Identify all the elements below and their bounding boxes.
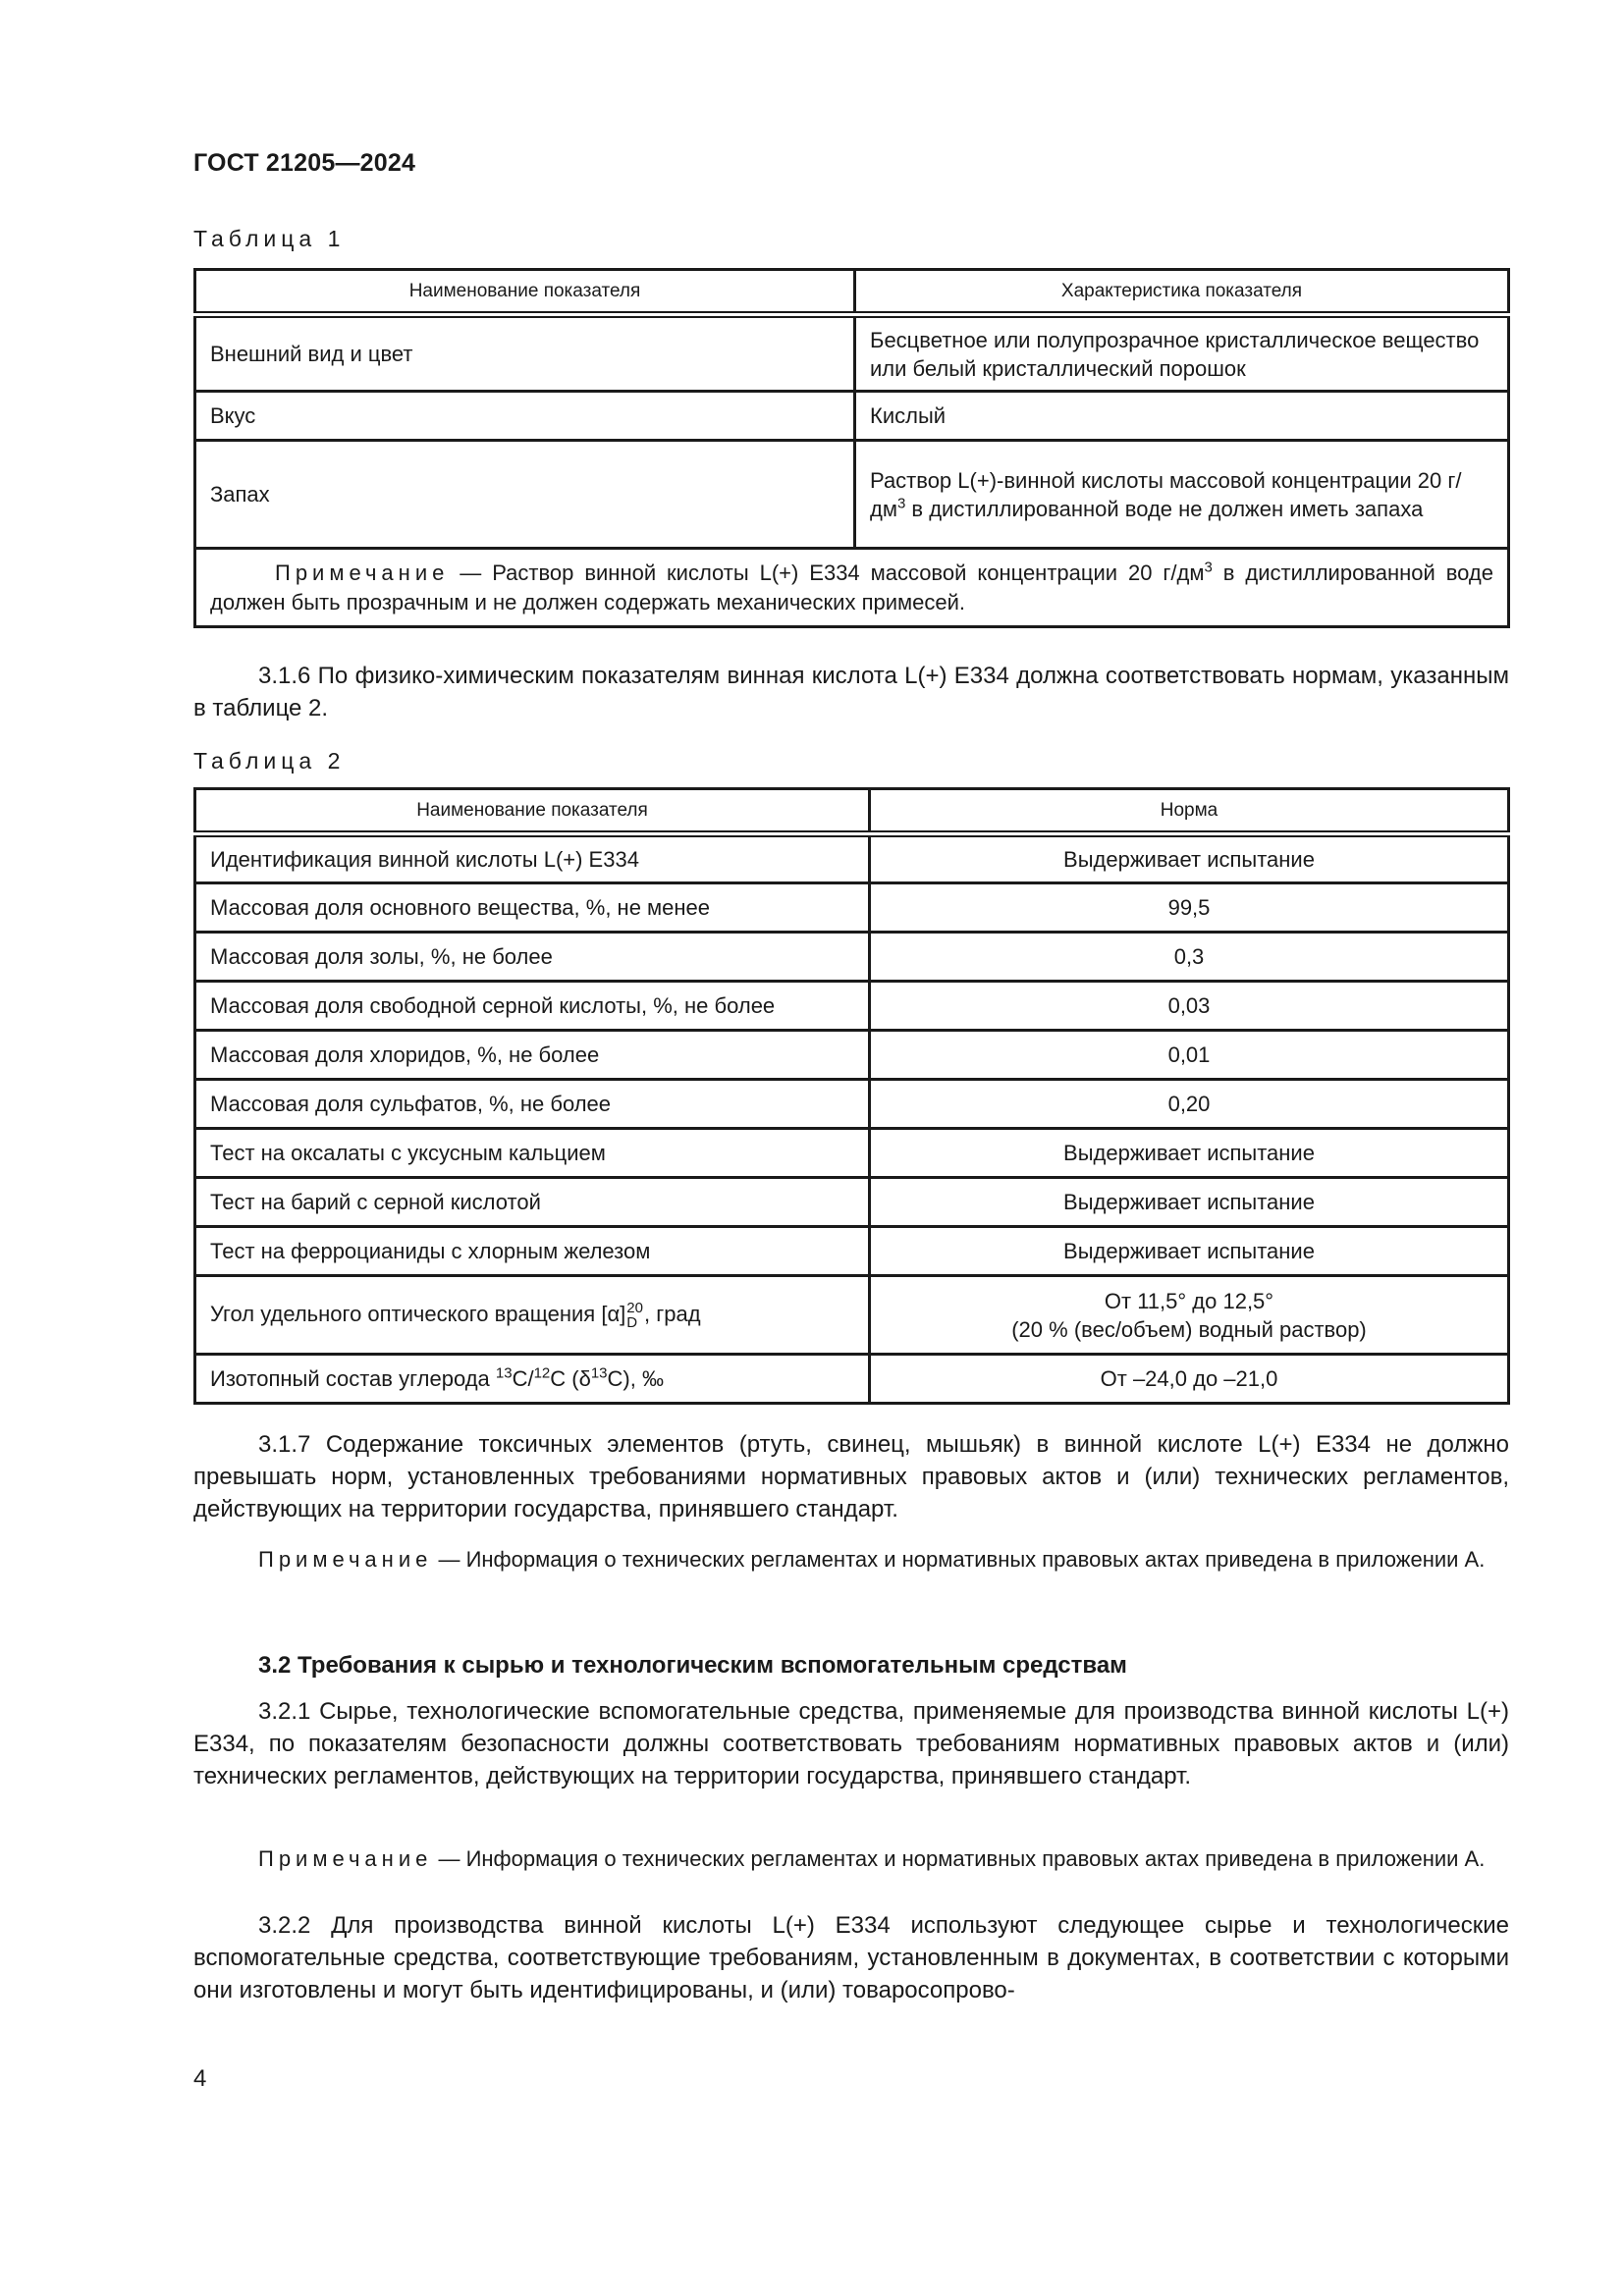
table-cell-name: Вкус: [195, 392, 855, 441]
cell-text: , град: [644, 1302, 701, 1326]
value-line-2: (20 % (вес/объем) водный раствор): [885, 1315, 1493, 1344]
table-2-col-header: Норма: [870, 789, 1509, 834]
superscript: 20: [626, 1301, 643, 1315]
table-1: Наименование показателя Характеристика п…: [193, 268, 1510, 628]
cell-text: С (δ: [550, 1366, 591, 1391]
table-cell-name: Тест на барий с серной кислотой: [195, 1178, 870, 1227]
table-cell-name: Угол удельного оптического вращения [α]2…: [195, 1276, 870, 1355]
table-cell-name: Тест на оксалаты с уксусным кальцием: [195, 1129, 870, 1178]
paragraph-3-2-2: 3.2.2 Для производства винной кислоты L(…: [193, 1909, 1509, 2006]
table-cell-name: Идентификация винной кислоты L(+) Е334: [195, 834, 870, 883]
table-2: Наименование показателя Норма Идентифика…: [193, 787, 1510, 1405]
table-row: Массовая доля сульфатов, %, не более0,20: [195, 1080, 1509, 1129]
note-label: Примечание: [258, 1846, 432, 1871]
paragraph-3-1-6: 3.1.6 По физико-химическим показателям в…: [193, 660, 1509, 724]
paragraph-3-1-7: 3.1.7 Содержание токсичных элементов (рт…: [193, 1428, 1509, 1525]
table-1-caption: Таблица 1: [193, 226, 345, 252]
table-cell-value: Выдерживает испытание: [870, 1178, 1509, 1227]
table-cell-value: 0,3: [870, 933, 1509, 982]
table-cell-value: От –24,0 до –21,0: [870, 1355, 1509, 1404]
table-row: Массовая доля основного вещества, %, не …: [195, 883, 1509, 933]
table-1-col-header: Наименование показателя: [195, 270, 855, 315]
table-cell-value: 0,03: [870, 982, 1509, 1031]
table-1-col-header: Характеристика показателя: [855, 270, 1509, 315]
table-row: Массовая доля золы, %, не более0,3: [195, 933, 1509, 982]
page-number: 4: [193, 2065, 206, 2093]
note-3-1-7: Примечание — Информация о технических ре…: [193, 1544, 1509, 1575]
table-2-col-header: Наименование показателя: [195, 789, 870, 834]
note-3-2-1: Примечание — Информация о технических ре…: [193, 1843, 1509, 1874]
paragraph-text: 3.1.6 По физико-химическим показателям в…: [193, 663, 1509, 721]
cell-text: Угол удельного оптического вращения [α]: [210, 1302, 625, 1326]
cell-text: в дистиллированной воде не должен иметь …: [905, 497, 1423, 521]
value-line-1: От 11,5° до 12,5°: [885, 1287, 1493, 1315]
superscript: 13: [496, 1365, 513, 1382]
table-cell-value: Бесцветное или полупрозрачное кристаллич…: [855, 315, 1509, 392]
table-cell-value: Выдерживает испытание: [870, 834, 1509, 883]
note-text: Информация о технических регламентах и н…: [466, 1846, 1486, 1871]
cell-text: С/: [513, 1366, 534, 1391]
note-text: Информация о технических регламентах и н…: [466, 1547, 1486, 1572]
table-cell-name: Изотопный состав углерода 13С/12С (δ13С)…: [195, 1355, 870, 1404]
superscript: 13: [591, 1365, 608, 1382]
table-row: Тест на оксалаты с уксусным кальциемВыде…: [195, 1129, 1509, 1178]
subscript: D: [626, 1315, 643, 1330]
paragraph-text: 3.1.7 Содержание токсичных элементов (рт…: [193, 1431, 1509, 1522]
document-title: ГОСТ 21205—2024: [193, 149, 415, 178]
table-cell-name: Массовая доля хлоридов, %, не более: [195, 1031, 870, 1080]
table-row: Вкус Кислый: [195, 392, 1509, 441]
paragraph-text: 3.2.2 Для производства винной кислоты L(…: [193, 1912, 1509, 2003]
note-dash: —: [432, 1846, 465, 1871]
note-text: Раствор винной кислоты L(+) Е334 массово…: [492, 561, 1204, 585]
table-row: Тест на ферроцианиды с хлорным железомВы…: [195, 1227, 1509, 1276]
table-row: Идентификация винной кислоты L(+) Е334Вы…: [195, 834, 1509, 883]
table-row-optical-rotation: Угол удельного оптического вращения [α]2…: [195, 1276, 1509, 1355]
table-note-row: Примечание — Раствор винной кислоты L(+)…: [195, 549, 1509, 627]
table-cell-name: Массовая доля основного вещества, %, не …: [195, 883, 870, 933]
table-cell-value: 0,01: [870, 1031, 1509, 1080]
table-row: Внешний вид и цвет Бесцветное или полупр…: [195, 315, 1509, 392]
note-dash: —: [449, 561, 492, 585]
paragraph-text: 3.2.1 Сырье, технологические вспомогател…: [193, 1698, 1509, 1789]
table-row: Массовая доля хлоридов, %, не более0,01: [195, 1031, 1509, 1080]
table-row: Тест на барий с серной кислотойВыдержива…: [195, 1178, 1509, 1227]
table-cell-value: От 11,5° до 12,5°(20 % (вес/объем) водны…: [870, 1276, 1509, 1355]
superscript: 3: [1204, 559, 1212, 575]
table-cell-value: 99,5: [870, 883, 1509, 933]
table-cell-name: Внешний вид и цвет: [195, 315, 855, 392]
superscript: 12: [534, 1365, 551, 1382]
table-cell-name: Массовая доля сульфатов, %, не более: [195, 1080, 870, 1129]
note-label: Примечание: [258, 1547, 432, 1572]
table-cell-name: Тест на ферроцианиды с хлорным железом: [195, 1227, 870, 1276]
table-2-caption: Таблица 2: [193, 748, 345, 774]
paragraph-3-2-1: 3.2.1 Сырье, технологические вспомогател…: [193, 1695, 1509, 1792]
table-cell-value: Кислый: [855, 392, 1509, 441]
table-cell-name: Запах: [195, 441, 855, 549]
note-dash: —: [432, 1547, 465, 1572]
table-1-header-row: Наименование показателя Характеристика п…: [195, 270, 1509, 315]
table-cell-value: 0,20: [870, 1080, 1509, 1129]
table-row: Массовая доля свободной серной кислоты, …: [195, 982, 1509, 1031]
table-cell-name: Массовая доля золы, %, не более: [195, 933, 870, 982]
table-2-header-row: Наименование показателя Норма: [195, 789, 1509, 834]
cell-text: С), ‰: [608, 1366, 664, 1391]
table-1-note: Примечание — Раствор винной кислоты L(+)…: [195, 549, 1509, 627]
table-row: Запах Раствор L(+)-винной кислоты массов…: [195, 441, 1509, 549]
table-cell-value: Выдерживает испытание: [870, 1129, 1509, 1178]
table-cell-name: Массовая доля свободной серной кислоты, …: [195, 982, 870, 1031]
table-row-isotope: Изотопный состав углерода 13С/12С (δ13С)…: [195, 1355, 1509, 1404]
table-cell-value: Выдерживает испытание: [870, 1227, 1509, 1276]
cell-text: Изотопный состав углерода: [210, 1366, 496, 1391]
section-heading-3-2: 3.2 Требования к сырью и технологическим…: [258, 1652, 1127, 1680]
note-label: Примечание: [275, 561, 449, 585]
table-cell-value: Раствор L(+)-винной кислоты массовой кон…: [855, 441, 1509, 549]
